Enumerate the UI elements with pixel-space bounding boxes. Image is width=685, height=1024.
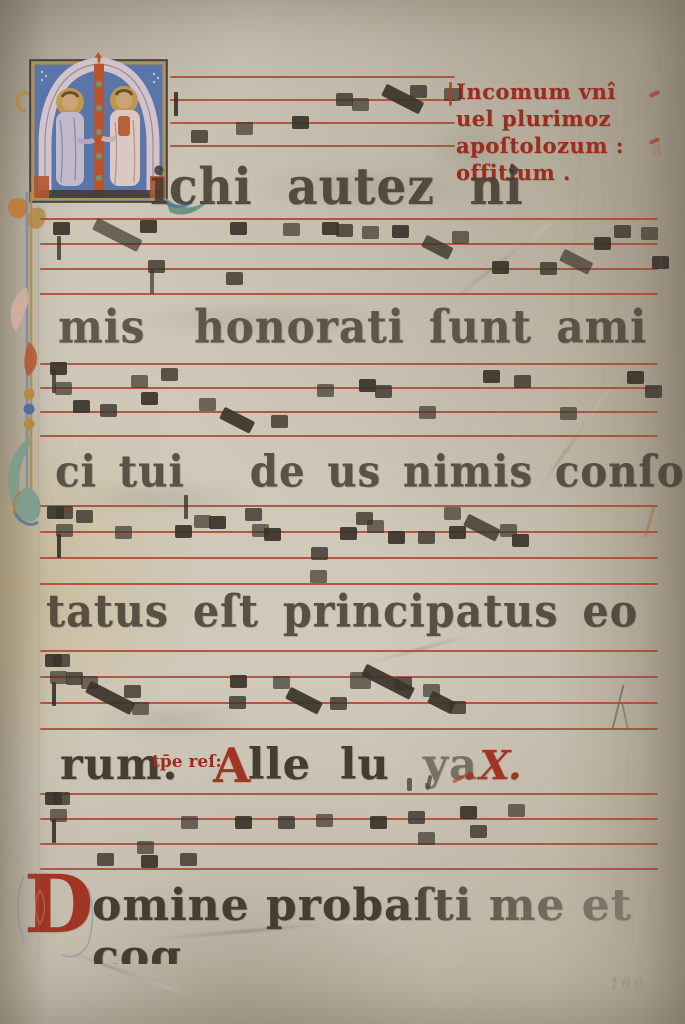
stray-mark	[621, 702, 629, 730]
neume-punctum	[132, 702, 149, 715]
neume-punctum	[53, 792, 70, 805]
neume-punctum	[55, 382, 72, 395]
manuscript-page: Incomum vnî uel plurimoz apoſtolozum : o…	[0, 0, 685, 1024]
chant-word: lle	[248, 740, 311, 790]
neume-stem	[184, 495, 188, 519]
staff-line	[170, 76, 455, 78]
neume-punctum	[278, 816, 295, 829]
chant-word: omine probaſti me et cog	[92, 880, 685, 982]
neume-punctum	[236, 122, 253, 135]
neume-punctum	[540, 262, 557, 275]
neume-punctum	[483, 370, 500, 383]
neume-climacus	[463, 514, 501, 542]
neume-punctum	[336, 224, 353, 237]
neume-punctum	[352, 98, 369, 111]
staff-line	[40, 557, 658, 559]
neume-punctum	[317, 384, 334, 397]
neume-punctum	[264, 528, 281, 541]
rubric-abbreviation: tp̄e reſ:	[152, 752, 222, 772]
neume-punctum	[124, 685, 141, 698]
neume-climacus	[421, 235, 454, 260]
neume-punctum	[388, 531, 405, 544]
stray-mark	[649, 90, 661, 98]
neume-punctum	[560, 407, 577, 420]
neume-punctum	[614, 225, 631, 238]
neume-punctum	[508, 804, 525, 817]
neume-punctum	[449, 701, 466, 714]
neume-punctum	[444, 88, 461, 101]
neume-punctum	[53, 222, 70, 235]
neume-punctum	[470, 825, 487, 838]
neume-stem	[52, 819, 56, 843]
chant-text-line-2: mis honorati ſunt ami	[58, 301, 647, 354]
neume-punctum	[53, 654, 70, 667]
neume-punctum	[137, 841, 154, 854]
neume-punctum	[141, 855, 158, 868]
neume-punctum	[330, 697, 347, 710]
staff-line	[40, 293, 658, 295]
stray-mark	[38, 55, 39, 965]
neume-punctum	[273, 676, 290, 689]
vine-leaf-teal	[8, 437, 41, 522]
neume-punctum	[181, 816, 198, 829]
neume-punctum	[512, 534, 529, 547]
neume-stem	[57, 236, 61, 260]
neume-stem	[57, 534, 61, 558]
neume-punctum	[230, 222, 247, 235]
neume-punctum	[226, 272, 243, 285]
neume-punctum	[311, 547, 328, 560]
chant-text-line-6: D omine probaſti me et cog	[0, 864, 685, 964]
neume-punctum	[514, 375, 531, 388]
staff-line	[40, 728, 658, 730]
neume-punctum	[408, 811, 425, 824]
neume-punctum	[175, 525, 192, 538]
neume-punctum	[191, 130, 208, 143]
neume-punctum	[375, 385, 392, 398]
neume-stem	[174, 92, 178, 116]
staff-line	[40, 676, 658, 678]
neume-punctum	[209, 516, 226, 529]
staff-line	[40, 868, 658, 870]
red-initial-A: A	[213, 738, 250, 794]
neume-punctum	[245, 508, 262, 521]
neume-punctum	[392, 225, 409, 238]
neume-punctum	[76, 510, 93, 523]
staff-line	[40, 843, 658, 845]
neume-punctum	[115, 526, 132, 539]
neume-punctum	[410, 85, 427, 98]
neume-punctum	[359, 379, 376, 392]
neume-punctum	[336, 93, 353, 106]
neume-punctum	[418, 832, 435, 845]
neume-punctum	[594, 237, 611, 250]
neume-punctum	[418, 531, 435, 544]
neume-punctum	[100, 404, 117, 417]
staff-line	[40, 363, 658, 365]
staff-line	[40, 435, 658, 437]
neume-punctum	[230, 675, 247, 688]
neume-punctum	[292, 116, 309, 129]
neume-punctum	[362, 226, 379, 239]
chant-text-line-5: rum. tp̄e reſ: A lle lu ya .X.	[0, 736, 685, 800]
staff-line	[40, 583, 658, 585]
stray-mark	[644, 506, 656, 538]
staff-line	[170, 122, 455, 124]
neume-punctum	[271, 415, 288, 428]
neume-punctum	[316, 814, 333, 827]
neume-punctum	[131, 375, 148, 388]
staff-line	[170, 145, 455, 147]
neume-punctum	[310, 570, 327, 583]
stray-mark	[407, 778, 412, 791]
staff-line	[40, 505, 658, 507]
staff-line	[40, 818, 658, 820]
chant-text-line-1: ichi autez ni	[150, 156, 524, 216]
neume-punctum	[161, 368, 178, 381]
chant-text-line-4: tatus eſt principatus eo	[46, 586, 638, 638]
folio-number-pencil: 160	[610, 976, 646, 992]
stray-mark	[449, 82, 452, 106]
neume-punctum	[141, 392, 158, 405]
neume-punctum	[283, 223, 300, 236]
rubric-line: Incomum vnî	[456, 78, 624, 105]
neume-punctum	[367, 520, 384, 533]
neume-punctum	[395, 677, 412, 690]
neume-punctum	[180, 853, 197, 866]
staff-line	[40, 793, 658, 795]
neume-stem	[52, 682, 56, 706]
neume-punctum	[235, 816, 252, 829]
staff-line	[40, 218, 658, 220]
chant-word: lu	[340, 740, 390, 790]
neume-climacus	[559, 249, 593, 275]
neume-stem	[150, 270, 154, 294]
neume-punctum	[229, 696, 246, 709]
neume-punctum	[627, 371, 644, 384]
stray-mark	[660, 55, 661, 555]
rubric-line: uel plurimoz	[456, 105, 624, 132]
staff-line	[40, 650, 658, 652]
penwork-flourish	[10, 870, 100, 960]
neume-punctum	[449, 526, 466, 539]
neume-punctum	[97, 853, 114, 866]
neume-punctum	[460, 806, 477, 819]
rubric-line: apoſtolozum :	[456, 132, 624, 159]
staff-line	[40, 268, 658, 270]
neume-punctum	[419, 406, 436, 419]
chant-text-line-3: ci tui de us nimis conſoz	[55, 446, 685, 497]
neume-punctum	[56, 506, 73, 519]
neume-punctum	[452, 231, 469, 244]
neume-punctum	[199, 398, 216, 411]
vine-knot	[24, 389, 35, 400]
neume-punctum	[140, 220, 157, 233]
neume-punctum	[492, 261, 509, 274]
versicle-mark: .X.	[460, 742, 529, 789]
neume-punctum	[370, 816, 387, 829]
neume-punctum	[444, 507, 461, 520]
neume-punctum	[641, 227, 658, 240]
neume-climacus	[285, 687, 323, 715]
vine-leaf-orange	[8, 198, 26, 218]
neume-punctum	[73, 400, 90, 413]
neume-punctum	[340, 527, 357, 540]
